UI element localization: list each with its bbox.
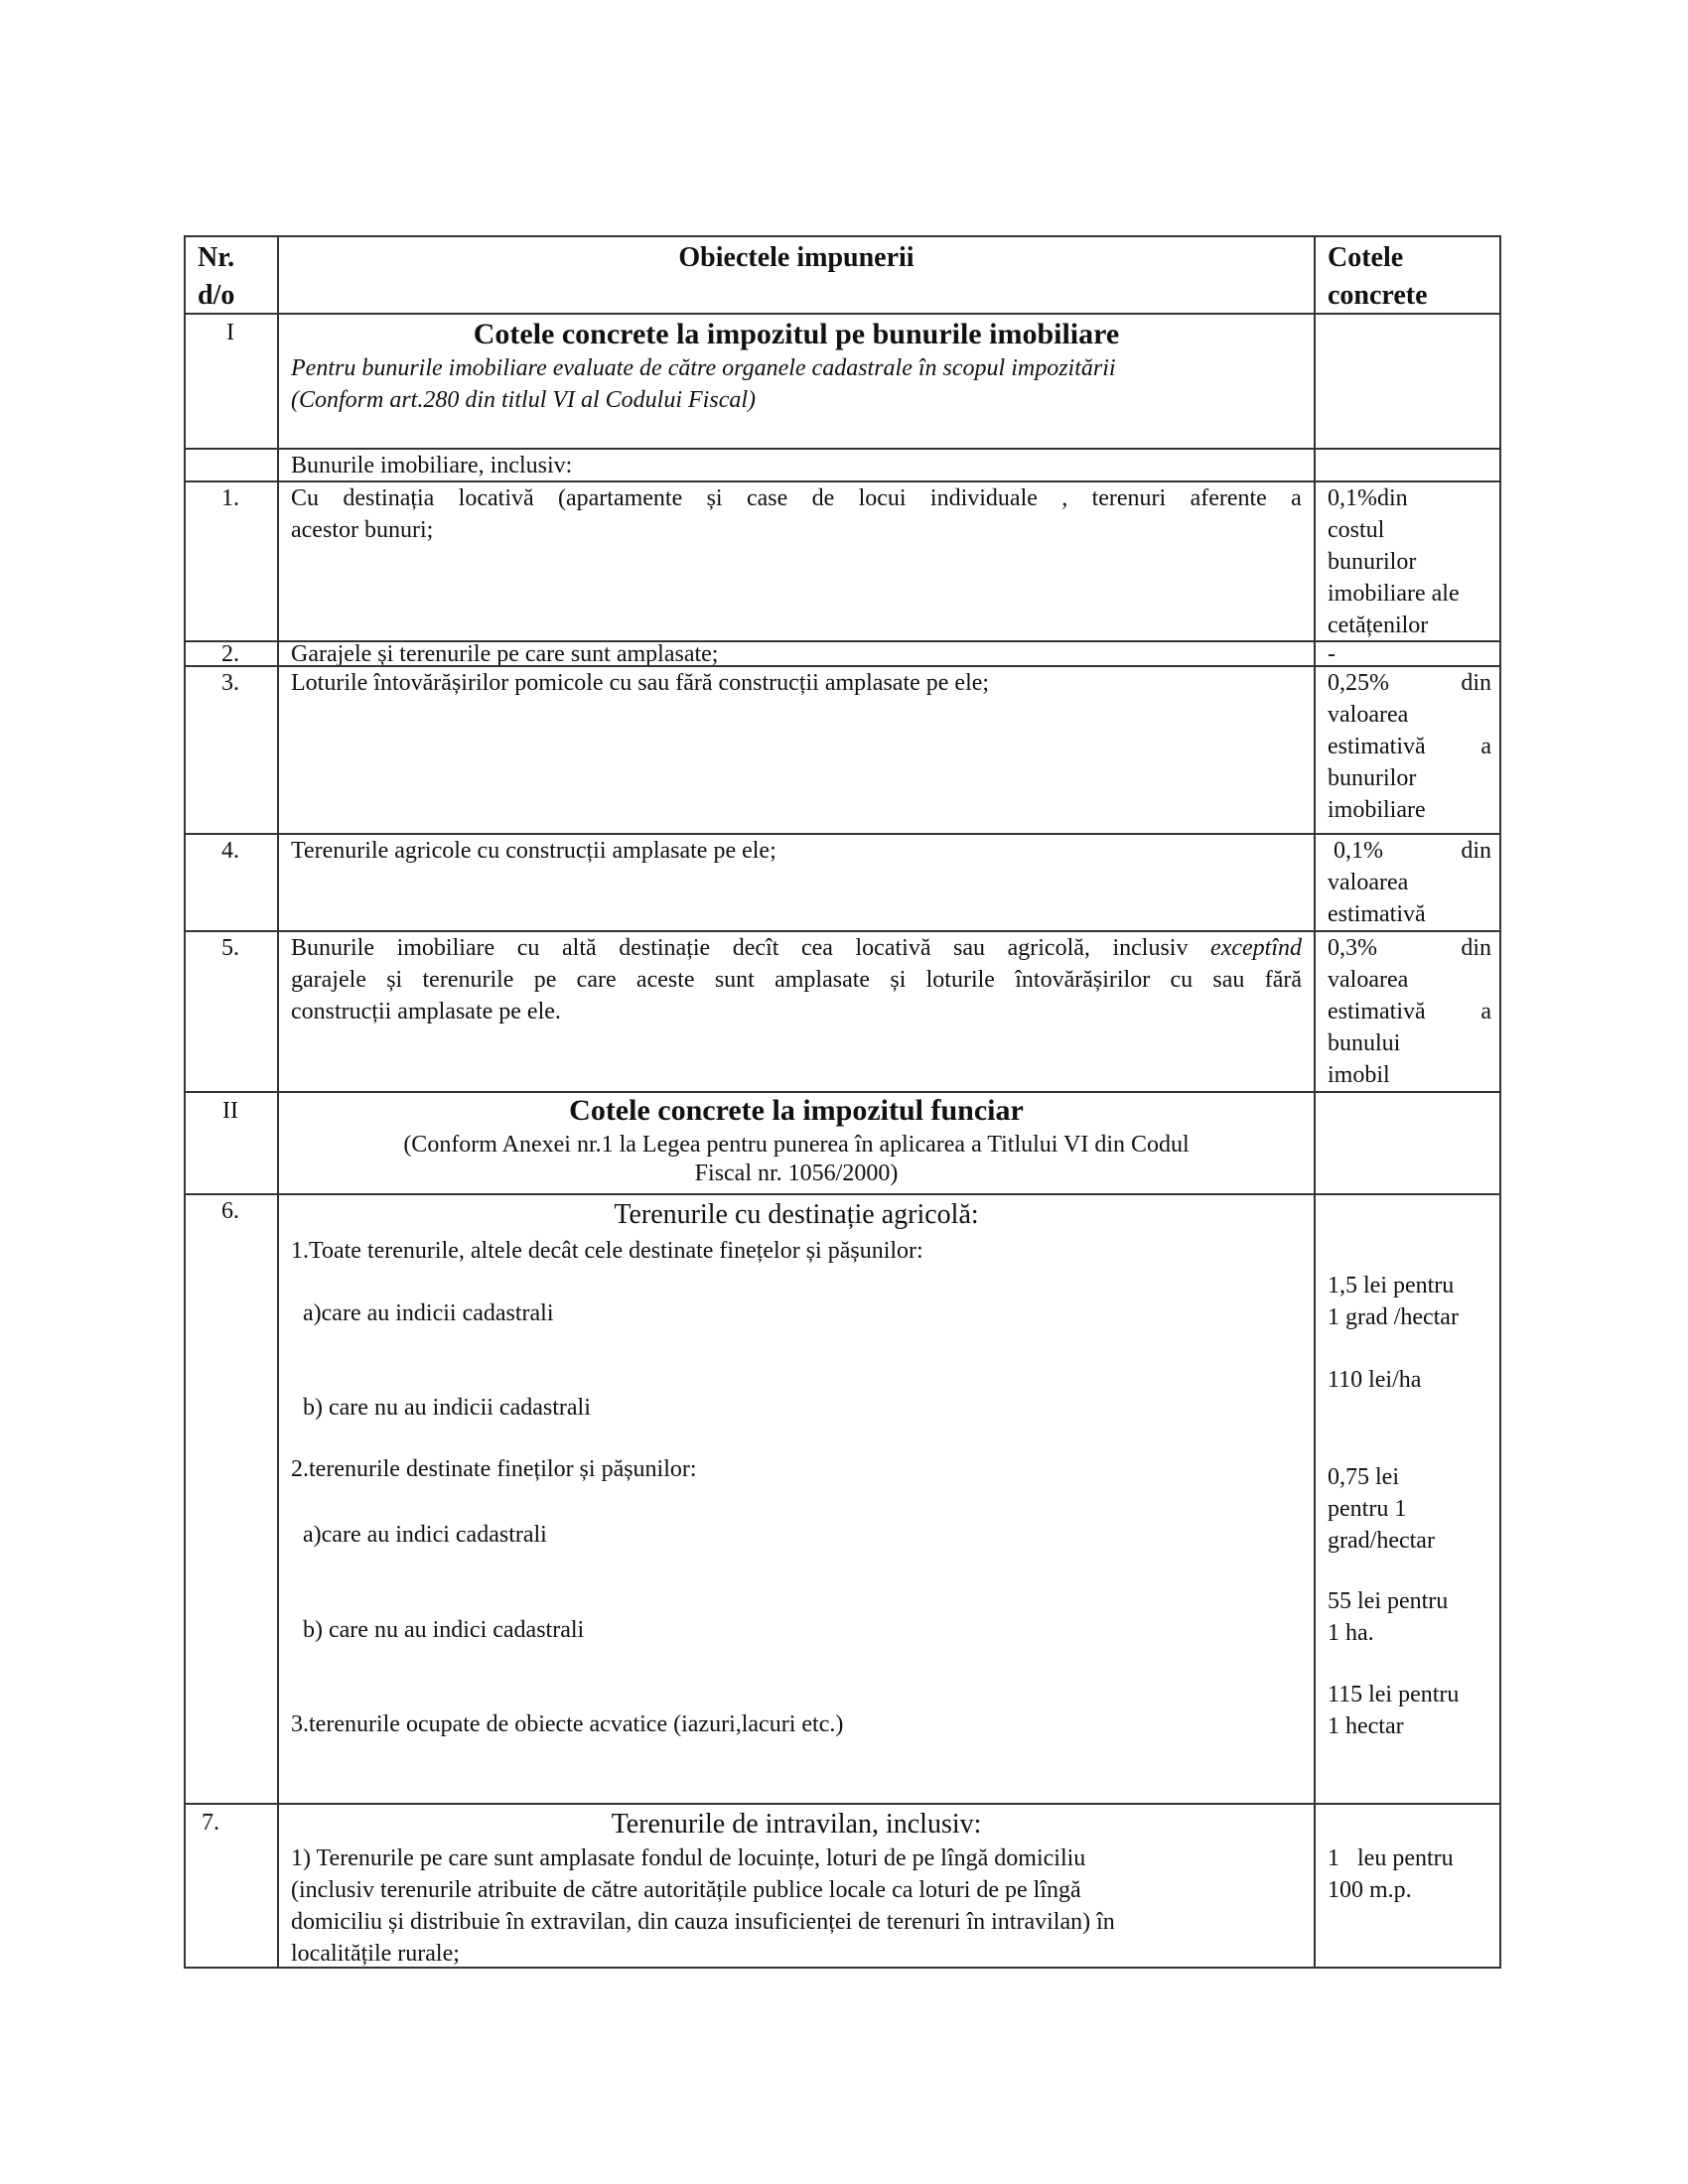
rate: 115 lei pentru 1 hectar [1328, 1679, 1459, 1742]
section-II-note-1: (Conform Anexei nr.1 la Legea pentru pun… [291, 1129, 1302, 1160]
row-6-item: a)care au indicii cadastrali [291, 1297, 554, 1329]
row-nr: 4. [184, 835, 277, 930]
table-row: 2. Garajele și terenurile pe care sunt a… [184, 640, 1501, 665]
header-cote: Cotele concrete [1314, 237, 1501, 313]
table-row: 4. Terenurile agricole cu construcții am… [184, 833, 1501, 930]
row-nr: 2. [184, 642, 277, 665]
row-nr: 7. [184, 1805, 277, 1967]
tax-rates-table: Nr. d/o Obiectele impunerii Cotele concr… [184, 235, 1501, 1969]
intro-row: Bunurile imobiliare, inclusiv: [184, 448, 1501, 480]
row-6-rates: 1,5 lei pentru 1 grad /hectar 110 lei/ha… [1314, 1195, 1501, 1803]
section-I-note-1: Pentru bunurile imobiliare evaluate de c… [291, 352, 1302, 384]
section-II-row: II Cotele concrete la impozitul funciar … [184, 1091, 1501, 1193]
section-II-nr: II [184, 1093, 277, 1193]
header-nr: Nr. d/o [184, 237, 277, 313]
row-6-item: 3.terenurile ocupate de obiecte acvatice… [291, 1708, 843, 1740]
table-border-left [184, 235, 186, 1969]
row-text: Loturile întovărășirilor pomicole cu sau… [277, 667, 1314, 833]
section-I-content: Cotele concrete la impozitul pe bunurile… [277, 315, 1314, 448]
table-row-7: 7. Terenurile de intravilan, inclusiv: 1… [184, 1803, 1501, 1969]
column-divider-1 [277, 235, 279, 1969]
row-6-item: b) care nu au indici cadastrali [291, 1614, 584, 1646]
section-II-content: Cotele concrete la impozitul funciar (Co… [277, 1093, 1314, 1193]
rate: 55 lei pentru 1 ha. [1328, 1585, 1448, 1649]
row-nr: 5. [184, 932, 277, 1091]
table-row: 1. Cudestinațialocativă(apartamenteșicas… [184, 480, 1501, 640]
table-row: 5. Bunurile imobiliare cu altă destinați… [184, 930, 1501, 1091]
row-rate: 0,25%dinvaloareaestimativăabunurilorimob… [1314, 667, 1501, 833]
section-I-title: Cotele concrete la impozitul pe bunurile… [291, 315, 1302, 352]
section-I-rate [1314, 315, 1501, 448]
row-7-content: Terenurile de intravilan, inclusiv: 1) T… [277, 1805, 1314, 1967]
section-I-note-2: (Conform art.280 din titlul VI al Codulu… [291, 384, 1302, 416]
row-text: Terenurile agricole cu construcții ampla… [277, 835, 1314, 930]
row-nr: 3. [184, 667, 277, 833]
section-II-title: Cotele concrete la impozitul funciar [291, 1093, 1302, 1129]
column-divider-2 [1314, 235, 1316, 1969]
rate: 1,5 lei pentru 1 grad /hectar [1328, 1270, 1459, 1333]
table-row: 3. Loturile întovărășirilor pomicole cu … [184, 665, 1501, 833]
row-6-item: 2.terenurile destinate fineților și pășu… [291, 1453, 697, 1485]
section-I-row: I Cotele concrete la impozitul pe bunuri… [184, 313, 1501, 448]
row-7-title: Terenurile de intravilan, inclusiv: [291, 1805, 1302, 1843]
row-7-rate: 1 leu pentru 100 m.p. [1314, 1805, 1501, 1967]
rate: 0,75 lei pentru 1 grad/hectar [1328, 1461, 1435, 1557]
row-rate: 0,1%din costul bunurilor imobiliare ale … [1314, 482, 1501, 640]
row-text: Garajele și terenurile pe care sunt ampl… [277, 642, 1314, 665]
row-text: Bunurile imobiliare cu altă destinație d… [277, 932, 1314, 1091]
row-6-item: 1.Toate terenurile, altele decât cele de… [291, 1235, 923, 1267]
row-nr: 1. [184, 482, 277, 640]
row-6-item: b) care nu au indicii cadastrali [291, 1392, 591, 1424]
section-I-nr: I [184, 315, 277, 448]
row-text: Cudestinațialocativă(apartamenteșicasede… [277, 482, 1314, 640]
table-row-6: 6. Terenurile cu destinație agricolă: 1.… [184, 1193, 1501, 1803]
row-6-title: Terenurile cu destinație agricolă: [291, 1195, 1302, 1233]
header-obiect: Obiectele impunerii [277, 237, 1314, 313]
table-border-right [1499, 235, 1501, 1969]
rate: 110 lei/ha [1328, 1364, 1421, 1396]
row-rate: 0,3%dinvaloareaestimativăabunuluiimobil [1314, 932, 1501, 1091]
intro-text: Bunurile imobiliare, inclusiv: [277, 450, 1314, 480]
row-6-content: Terenurile cu destinație agricolă: 1.Toa… [277, 1195, 1314, 1803]
row-rate: - [1314, 642, 1501, 665]
row-nr: 6. [184, 1195, 277, 1803]
row-rate: 0,1%dinvaloareaestimativă [1314, 835, 1501, 930]
section-II-note-2: Fiscal nr. 1056/2000) [291, 1160, 1302, 1186]
row-6-item: a)care au indici cadastrali [291, 1519, 547, 1551]
table-header-row: Nr. d/o Obiectele impunerii Cotele concr… [184, 235, 1501, 313]
